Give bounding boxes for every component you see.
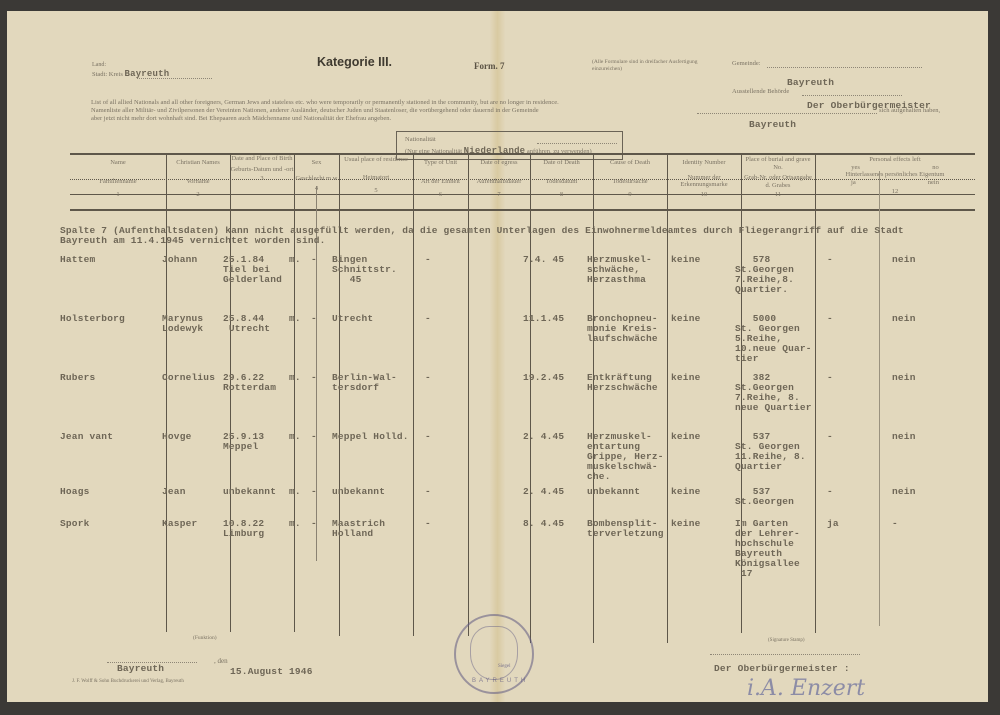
- cell-name: Holsterborg: [60, 314, 125, 324]
- cell-first-name: Jean: [162, 487, 186, 497]
- cell-unit: -: [425, 519, 431, 529]
- cell-residence: Meppel Holld.: [332, 432, 409, 442]
- cell-name: Jean vant: [60, 432, 113, 442]
- cell-cause: Bronchopneu- monie Kreis- laufschwäche: [587, 314, 658, 344]
- cell-residence: Utrecht: [332, 314, 373, 324]
- coat-of-arms-icon: [470, 626, 518, 680]
- col-5-header: Usual place of residenceHeimatort5: [339, 156, 413, 195]
- gemeinde-underline: [767, 67, 922, 68]
- land-label: Land:: [92, 62, 106, 68]
- kreis-underline: [137, 78, 212, 79]
- col-10-header: Identity NumberNummer der Erkennungsmark…: [667, 159, 741, 198]
- cell-burial: 537 St. Georgen 11.Reihe, 8. Quartier: [735, 432, 806, 472]
- cell-cause: Herzmuskel- entartung Grippe, Herz- musk…: [587, 432, 664, 482]
- cell-yes: -: [827, 255, 833, 265]
- cell-id: keine: [671, 432, 701, 442]
- cell-death: 2. 4.45: [523, 432, 564, 442]
- cell-sex-w: -: [311, 373, 317, 383]
- form-note: (Alle Formulare sind in dreifacher Ausfe…: [592, 59, 702, 73]
- nationality-underline: [537, 143, 617, 144]
- nationality-label: Nationalität: [405, 136, 436, 144]
- cell-burial: 578 St.Georgen 7.Reihe,8. Quartier.: [735, 255, 794, 295]
- cell-yes: ja: [827, 519, 839, 529]
- col-3-header: Date and Place of BirthGeburts-Datum und…: [230, 155, 294, 183]
- cell-cause: unbekannt: [587, 487, 640, 497]
- signatory-title: Der Oberbürgermeister :: [714, 664, 850, 674]
- cell-cause: Bombensplit- terverletzung: [587, 519, 664, 539]
- cell-no: nein: [892, 314, 916, 324]
- printer-imprint: J. F. Wolff & Sohn Buchdruckerei und Ver…: [72, 678, 184, 686]
- cell-residence: Bingen Schnittstr. 45: [332, 255, 397, 285]
- cell-sex: m.: [289, 432, 301, 442]
- cell-id: keine: [671, 487, 701, 497]
- function-label: (Funktion): [193, 634, 217, 642]
- cell-burial: 382 St.Georgen 7.Reihe, 8. neue Quartier: [735, 373, 812, 413]
- cell-birth: 25.8.44 Utrecht: [223, 314, 270, 334]
- cell-no: nein: [892, 373, 916, 383]
- col-6-header: Type of UnitArt der Einheit6: [413, 159, 468, 199]
- cell-unit: -: [425, 314, 431, 324]
- col-9-header: Cause of DeathTodesursache9: [593, 159, 667, 199]
- cell-sex: m.: [289, 314, 301, 324]
- cell-death: 11.1.45: [523, 314, 564, 324]
- cell-sex-w: -: [311, 432, 317, 442]
- col-2-header: Christian NamesVorname2: [166, 159, 230, 199]
- cell-burial: 5000 St. Georgen 5.Reihe, 10.neue Quar- …: [735, 314, 812, 364]
- behoerde-label: Ausstellende Behörde: [732, 88, 789, 96]
- document-page: Land: Stadt: Kreis Bayreuth Kategorie II…: [7, 11, 988, 702]
- cell-sex-w: -: [311, 519, 317, 529]
- cell-sex: m.: [289, 519, 301, 529]
- cell-name: Hoags: [60, 487, 90, 497]
- signature-stamp-label: (Signature Stamp): [768, 637, 805, 645]
- col-11-header: Place of burial and grave No.Grab-Nr. od…: [741, 156, 815, 199]
- cell-no: -: [892, 519, 898, 529]
- cell-first-name: Marynus Lodewyk: [162, 314, 203, 334]
- cell-id: keine: [671, 519, 701, 529]
- intro-line-3: aber jetzt nicht mehr dort wohnhaft sind…: [91, 115, 391, 123]
- gemeinde-value: Bayreuth: [787, 78, 834, 88]
- den-label: , den: [214, 657, 228, 665]
- footer-date: 15.August 1946: [230, 667, 313, 677]
- handwritten-signature: i.A. Enzert: [747, 676, 865, 701]
- cell-first-name: Johann: [162, 255, 197, 265]
- signature-underline: [710, 654, 860, 655]
- cell-name: Spork: [60, 519, 90, 529]
- place-typed: Bayreuth: [749, 120, 796, 130]
- cell-birth: 25.9.13 Meppel: [223, 432, 264, 452]
- table-header-bottom: [70, 209, 975, 211]
- cell-birth: 25.1.84 Tiel bei Gelderland: [223, 255, 282, 285]
- cell-yes: -: [827, 373, 833, 383]
- cell-death: 19.2.45: [523, 373, 564, 383]
- cell-death: 7.4. 45: [523, 255, 564, 265]
- table-top-border: [70, 153, 975, 155]
- cell-first-name: Hovge: [162, 432, 192, 442]
- cell-unit: -: [425, 255, 431, 265]
- cell-sex: m.: [289, 487, 301, 497]
- behoerde-underline: [802, 95, 902, 96]
- cell-burial: Im Garten der Lehrer- hochschule Bayreut…: [735, 519, 800, 579]
- cell-sex-w: -: [311, 255, 317, 265]
- cell-cause: Herzmuskel- schwäche, Herzasthma: [587, 255, 652, 285]
- remark-line-2: Bayreuth am 11.4.1945 vernichtet worden …: [60, 236, 326, 246]
- col-7-header: Date of egressAufenthaltsdauer7: [468, 159, 530, 199]
- official-seal: Siegel BAYREUTH: [454, 614, 534, 694]
- cell-no: nein: [892, 255, 916, 265]
- cell-id: keine: [671, 255, 701, 265]
- cell-birth: 10.8.22 Limburg: [223, 519, 264, 539]
- cell-birth: unbekannt: [223, 487, 276, 497]
- kreis-label: Stadt: Kreis: [92, 71, 123, 78]
- cell-sex: m.: [289, 373, 301, 383]
- cell-cause: Entkräftung Herzschwäche: [587, 373, 658, 393]
- gemeinde-label: Gemeinde:: [732, 60, 761, 68]
- cell-unit: -: [425, 432, 431, 442]
- intro-line-1: List of all allied Nationals and all oth…: [91, 99, 731, 107]
- cell-burial: 537 St.Georgen: [735, 487, 794, 507]
- cell-name: Hattem: [60, 255, 95, 265]
- col-divider-12: [879, 171, 880, 626]
- intro-line-2-end: sich aufgehalten haben,: [879, 107, 940, 115]
- footer-place: Bayreuth: [117, 664, 164, 674]
- col-8-header: Date of DeathTodesdatum8: [530, 159, 593, 199]
- nationality-box: Nationalität (Nur eine Nationalität Nied…: [396, 131, 623, 160]
- cell-death: 8. 4.45: [523, 519, 564, 529]
- col-1-header: NameFamilienname1: [70, 159, 166, 199]
- intro-line-2: Namenliste aller Militär- und Zivilperso…: [91, 107, 539, 115]
- cell-death: 2. 4.45: [523, 487, 564, 497]
- col-12-header: Personal effects left yesno Hinterlassen…: [815, 156, 975, 196]
- cell-unit: -: [425, 487, 431, 497]
- gemeinde-inline-underline: [697, 113, 877, 114]
- cell-sex-w: -: [311, 314, 317, 324]
- cell-yes: -: [827, 314, 833, 324]
- seal-text: BAYREUTH: [472, 678, 528, 684]
- cell-first-name: Kasper: [162, 519, 197, 529]
- category-title: Kategorie III.: [317, 55, 392, 69]
- cell-birth: 29.6.22 Rotterdam: [223, 373, 276, 393]
- cell-yes: -: [827, 432, 833, 442]
- cell-residence: Berlin-Wal- tersdorf: [332, 373, 397, 393]
- cell-sex: m.: [289, 255, 301, 265]
- cell-name: Rubers: [60, 373, 95, 383]
- cell-id: keine: [671, 314, 701, 324]
- cell-unit: -: [425, 373, 431, 383]
- cell-yes: -: [827, 487, 833, 497]
- form-number: Form. 7: [474, 61, 505, 71]
- seal-label: Siegel: [498, 664, 511, 669]
- cell-id: keine: [671, 373, 701, 383]
- cell-residence: unbekannt: [332, 487, 385, 497]
- cell-first-name: Cornelius: [162, 373, 215, 383]
- cell-no: nein: [892, 432, 916, 442]
- cell-sex-w: -: [311, 487, 317, 497]
- cell-no: nein: [892, 487, 916, 497]
- cell-residence: Maastrich Holland: [332, 519, 385, 539]
